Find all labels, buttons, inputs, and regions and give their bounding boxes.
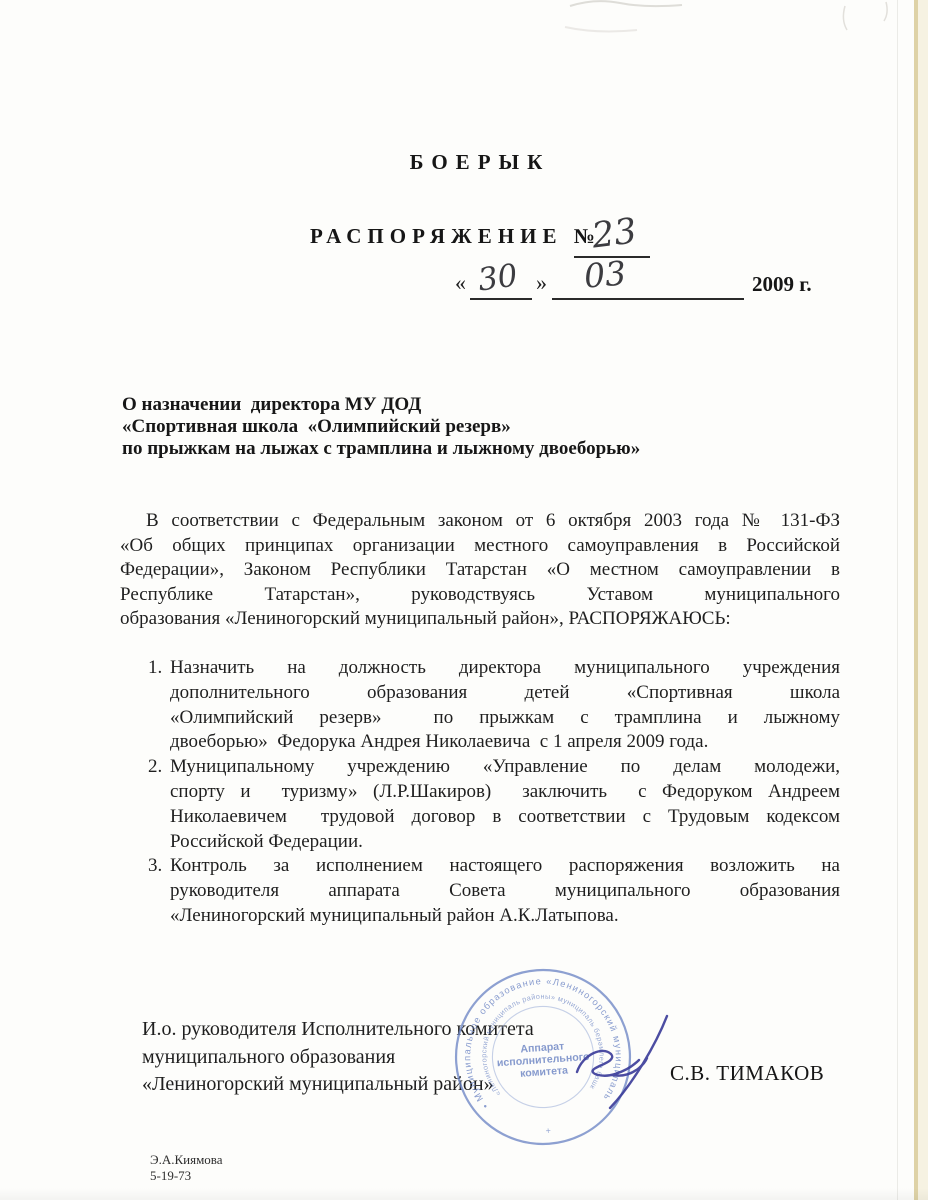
order-item-1: 1. Назначить на должность директора муни… — [148, 656, 840, 755]
scan-crease-line — [897, 0, 898, 1200]
order-line: Назначить на должность директора муницип… — [170, 656, 840, 681]
date-month-underline — [552, 298, 744, 300]
date-year: 2009 г. — [752, 272, 812, 297]
order-line: руководителя аппарата Совета муниципальн… — [170, 879, 840, 904]
orders-list: 1. Назначить на должность директора муни… — [148, 656, 840, 929]
scan-background-strip — [918, 0, 928, 1200]
order-line: Контроль за исполнением настоящего распо… — [170, 854, 840, 879]
order-item-number: 1. — [148, 656, 162, 681]
order-line: дополнительного образования детей «Спорт… — [170, 681, 840, 706]
executor-block: Э.А.Киямова 5-19-73 — [150, 1152, 223, 1183]
executor-phone: 5-19-73 — [150, 1168, 223, 1184]
order-item-number: 2. — [148, 755, 162, 780]
handwritten-signature — [553, 1008, 683, 1116]
scanned-order-document: БОЕРЫК РАСПОРЯЖЕНИЕ № 23 « 30 » 03 2009 … — [0, 0, 928, 1200]
intro-line: Федерации», Законом Республики Татарстан… — [120, 558, 840, 583]
date-day-handwritten: 30 — [476, 257, 520, 298]
order-line: Николаевичем трудовой договор в соответс… — [170, 805, 840, 830]
subject-line: по прыжкам на лыжах с трамплина и лыжном… — [122, 438, 846, 460]
intro-line: образования «Лениногорский муниципальный… — [120, 607, 840, 632]
order-line: «Олимпийский резерв» по прыжкам с трампл… — [170, 706, 840, 731]
svg-text:+: + — [545, 1125, 551, 1135]
order-item-number: 3. — [148, 854, 162, 879]
intro-line: Республике Татарстан», руководствуясь Ус… — [120, 583, 840, 608]
order-number-handwritten: 23 — [590, 211, 639, 256]
executor-name: Э.А.Киямова — [150, 1152, 223, 1168]
subject-line: О назначении директора МУ ДОД — [122, 394, 846, 416]
order-line: «Лениногорский муниципальный район А.К.Л… — [170, 904, 840, 929]
order-line: спорту и туризму» (Л.Р.Шакиров) заключит… — [170, 780, 840, 805]
order-item-3: 3. Контроль за исполнением настоящего ра… — [148, 854, 840, 928]
subject-heading: О назначении директора МУ ДОД «Спортивна… — [122, 394, 846, 459]
signatory-name: С.В. ТИМАКОВ — [670, 1061, 824, 1086]
date-open-quote: « — [455, 270, 466, 296]
order-line: Российской Федерации. — [170, 830, 840, 855]
date-month-handwritten: 03 — [582, 253, 627, 296]
date-day-underline — [470, 298, 532, 300]
intro-line: В соответствии с Федеральным законом от … — [120, 509, 840, 534]
scan-bottom-shadow — [0, 1188, 928, 1200]
date-close-quote: » — [536, 270, 547, 296]
intro-paragraph: В соответствии с Федеральным законом от … — [120, 509, 840, 632]
order-heading: РАСПОРЯЖЕНИЕ № — [310, 224, 601, 249]
doc-title-tatar: БОЕРЫК — [122, 150, 838, 175]
order-line: Муниципальному учреждению «Управление по… — [170, 755, 840, 780]
order-line: двоеборью» Федорука Андрея Николаевича с… — [170, 730, 840, 755]
order-item-2: 2. Муниципальному учреждению «Управление… — [148, 755, 840, 854]
intro-line: «Об общих принципах организации местного… — [120, 534, 840, 559]
subject-line: «Спортивная школа «Олимпийский резерв» — [122, 416, 846, 438]
